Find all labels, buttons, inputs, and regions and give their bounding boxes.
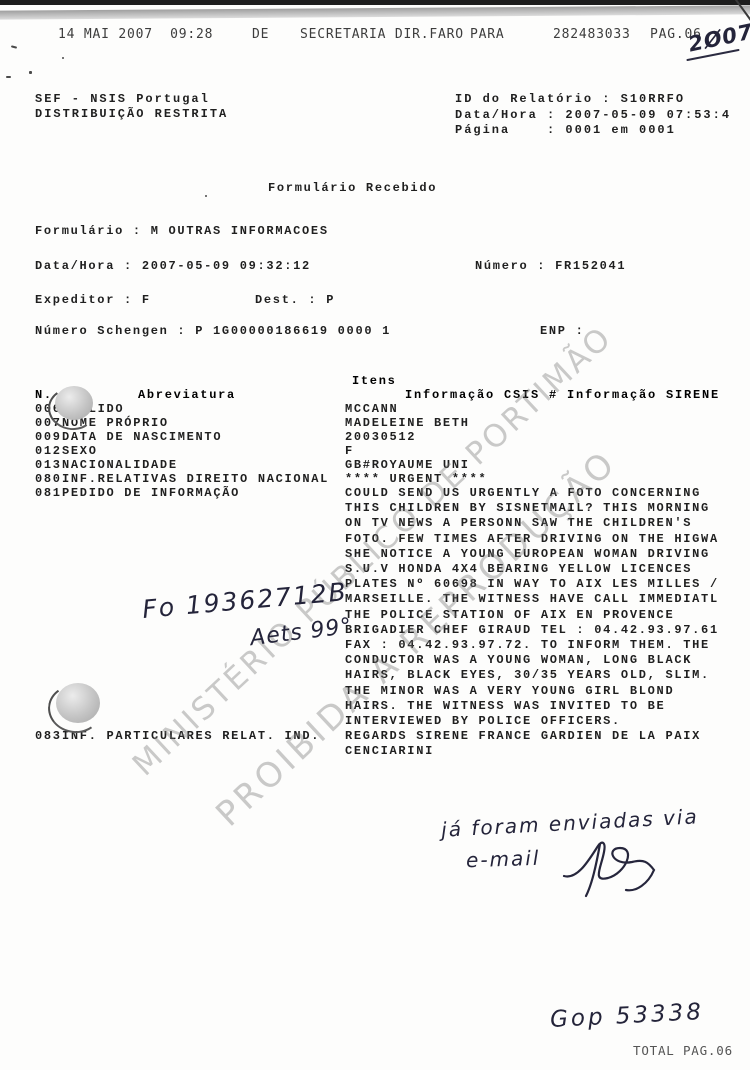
- item-value: MADELEINE BETH: [345, 416, 742, 430]
- item-value: COULD SEND US URGENTLY A FOTO CONCERNING…: [345, 486, 742, 729]
- fax-total-pages: TOTAL PAG.06: [633, 1043, 733, 1058]
- item-number: 009: [35, 430, 62, 444]
- item-abbreviation: PEDIDO DE INFORMAÇÃO: [62, 486, 345, 500]
- org-line2: DISTRIBUIÇÃO RESTRITA: [35, 107, 228, 121]
- fax-de-label: DE: [252, 27, 269, 42]
- fax-transmission-header: 14 MAI 2007 09:28 DE SECRETARIA DIR.FARO…: [0, 27, 35, 147]
- table-row: 080 INF.RELATIVAS DIREITO NACIONAL **** …: [35, 472, 742, 486]
- item-abbreviation: SEXO: [62, 444, 345, 458]
- scanned-fax-document: 14 MAI 2007 09:28 DE SECRETARIA DIR.FARO…: [0, 0, 750, 1070]
- form-number: Número : FR152041: [475, 259, 626, 274]
- table-row: 013 NACIONALIDADE GB#ROYAUME UNI: [35, 458, 742, 472]
- items-table-body: 006 APELIDO MCCANN 007 NOME PRÓPRIO MADE…: [35, 402, 742, 760]
- punch-hole: [55, 386, 93, 420]
- form-title: Formulário Recebido: [268, 181, 437, 196]
- items-table: Itens N. Abreviatura Informação CSIS # I…: [35, 374, 742, 760]
- items-title: Itens: [352, 374, 742, 388]
- item-abbreviation: INF.RELATIVAS DIREITO NACIONAL: [62, 472, 345, 486]
- table-row: 009 DATA DE NASCIMENTO 20030512: [35, 430, 742, 444]
- item-abbreviation: INF. PARTICULARES RELAT. IND.: [62, 729, 345, 743]
- table-row: 012 SEXO F: [35, 444, 742, 458]
- item-value: GB#ROYAUME UNI: [345, 458, 742, 472]
- scan-speck: [205, 195, 207, 197]
- item-abbreviation: DATA DE NASCIMENTO: [62, 430, 345, 444]
- report-id: ID do Relatório : S10RRFO: [455, 92, 685, 106]
- table-row: 007 NOME PRÓPRIO MADELEINE BETH: [35, 416, 742, 430]
- org-line1: SEF - NSIS Portugal: [35, 92, 210, 106]
- form-type-line: Formulário : M OUTRAS INFORMACOES: [35, 224, 329, 239]
- form-enp: ENP :: [540, 324, 585, 339]
- fax-number: 282483033: [553, 27, 631, 42]
- form-expeditor: Expeditor : F: [35, 293, 151, 308]
- scan-edge-gray-band: [0, 5, 750, 19]
- items-header-row: N. Abreviatura Informação CSIS # Informa…: [35, 388, 742, 402]
- item-number: 012: [35, 444, 62, 458]
- report-datetime: Data/Hora : 2007-05-09 07:53:4: [455, 108, 731, 122]
- item-value: F: [345, 444, 742, 458]
- item-abbreviation: APELIDO: [62, 402, 345, 416]
- org-header: SEF - NSIS PortugalDISTRIBUIÇÃO RESTRITA: [35, 92, 228, 122]
- item-value: 20030512: [345, 430, 742, 444]
- item-value: **** URGENT ****: [345, 472, 742, 486]
- item-number: 013: [35, 458, 62, 472]
- report-page: Página : 0001 em 0001: [455, 123, 676, 137]
- scan-edge-black-bar: [0, 0, 750, 5]
- item-number: 080: [35, 472, 62, 486]
- scan-speck: [62, 57, 64, 59]
- handwritten-note-line2: e-mail: [466, 846, 541, 873]
- item-abbreviation: NACIONALIDADE: [62, 458, 345, 472]
- form-dest: Dest. : P: [255, 293, 335, 308]
- fax-datetime: 14 MAI 2007 09:28: [58, 27, 213, 42]
- table-row: 006 APELIDO MCCANN: [35, 402, 742, 416]
- table-row: 083 INF. PARTICULARES RELAT. IND. REGARD…: [35, 729, 742, 759]
- item-value: MCCANN: [345, 402, 742, 416]
- handwritten-page-number: 2Ø07: [686, 19, 750, 56]
- signature: [556, 832, 676, 907]
- item-number: 083: [35, 729, 62, 743]
- column-header-information: Informação CSIS # Informação SIRENE: [405, 388, 720, 402]
- report-meta: ID do Relatório : S10RRFOData/Hora : 200…: [455, 92, 731, 139]
- punch-hole: [56, 683, 100, 723]
- table-row: 081 PEDIDO DE INFORMAÇÃO COULD SEND US U…: [35, 486, 742, 729]
- item-number: 081: [35, 486, 62, 500]
- item-value: REGARDS SIRENE FRANCE GARDIEN DE LA PAIX…: [345, 729, 742, 759]
- handwritten-bottom-reference: Gop 53338: [549, 999, 704, 1033]
- form-schengen-number: Número Schengen : P 1G00000186619 0000 1: [35, 324, 391, 339]
- fax-para-label: PARA: [470, 27, 505, 42]
- form-datetime: Data/Hora : 2007-05-09 09:32:12: [35, 259, 311, 274]
- column-header-abbreviation: Abreviatura: [138, 388, 236, 402]
- fax-sender: SECRETARIA DIR.FARO: [300, 27, 464, 42]
- item-abbreviation: NOME PRÓPRIO: [62, 416, 345, 430]
